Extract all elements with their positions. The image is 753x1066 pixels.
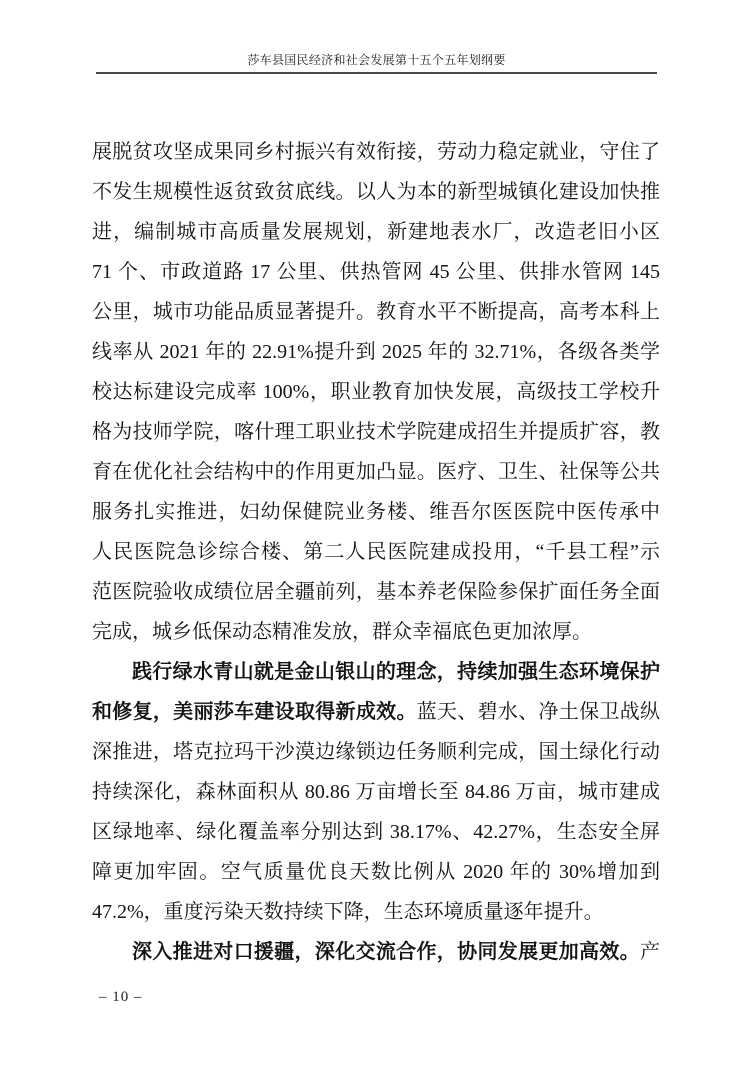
text-segment: 服务扎实推进，妇幼保健院业务楼、维吾尔医医院中医传承中心、 bbox=[92, 501, 660, 532]
text-line: 展脱贫攻坚成果同乡村振兴有效衔接，劳动力稳定就业，守住了 bbox=[92, 132, 660, 172]
text-line: 格为技师学院，喀什理工职业技术学院建成招生并提质扩容，教 bbox=[92, 412, 660, 452]
text-segment: 格为技师学院，喀什理工职业技术学院建成招生并提质扩容，教 bbox=[92, 421, 660, 443]
text-segment: 障更加牢固。空气质量优良天数比例从 2020 年的 30%增加到 bbox=[92, 861, 660, 883]
text-segment: 区绿地率、绿化覆盖率分别达到 38.17%、42.27%，生态安全屏 bbox=[92, 821, 660, 843]
text-segment: 校达标建设完成率 100%，职业教育加快发展，高级技工学校升 bbox=[92, 381, 660, 403]
text-line: 区绿地率、绿化覆盖率分别达到 38.17%、42.27%，生态安全屏 bbox=[92, 812, 660, 852]
text-segment: 深推进，塔克拉玛干沙漠边缘锁边任务顺利完成，国土绿化行动 bbox=[92, 741, 660, 763]
text-segment: 蓝天、碧水、净土保卫战纵 bbox=[417, 701, 660, 723]
text-line: 深推进，塔克拉玛干沙漠边缘锁边任务顺利完成，国土绿化行动 bbox=[92, 732, 660, 772]
text-line: 公里，城市功能品质显著提升。教育水平不断提高，高考本科上 bbox=[92, 292, 660, 332]
text-line: 校达标建设完成率 100%，职业教育加快发展，高级技工学校升 bbox=[92, 372, 660, 412]
text-segment: 范医院验收成绩位居全疆前列，基本养老保险参保扩面任务全面 bbox=[92, 581, 660, 603]
text-line: 持续深化，森林面积从 80.86 万亩增长至 84.86 万亩，城市建成 bbox=[92, 772, 660, 812]
text-line: 不发生规模性返贫致贫底线。以人为本的新型城镇化建设加快推 bbox=[92, 172, 660, 212]
text-segment: 公里，城市功能品质显著提升。教育水平不断提高，高考本科上 bbox=[92, 301, 660, 323]
text-segment: 展脱贫攻坚成果同乡村振兴有效衔接，劳动力稳定就业，守住了 bbox=[92, 141, 660, 163]
page-number: – 10 – bbox=[99, 988, 143, 1006]
text-line: 育在优化社会结构中的作用更加凸显。医疗、卫生、社保等公共 bbox=[92, 452, 660, 492]
text-segment: 47.2%，重度污染天数持续下降，生态环境质量逐年提升。 bbox=[92, 901, 604, 923]
text-segment: 持续深化，森林面积从 80.86 万亩增长至 84.86 万亩，城市建成 bbox=[92, 781, 660, 803]
text-line: 人民医院急诊综合楼、第二人民医院建成投用，“千县工程”示 bbox=[92, 532, 660, 572]
text-line: 47.2%，重度污染天数持续下降，生态环境质量逐年提升。 bbox=[92, 892, 660, 932]
text-line: 71 个、市政道路 17 公里、供热管网 45 公里、供排水管网 145 bbox=[92, 252, 660, 292]
bold-text-segment: 和修复，美丽莎车建设取得新成效。 bbox=[92, 701, 417, 723]
document-page: 莎车县国民经济和社会发展第十五个五年划纲要 展脱贫攻坚成果同乡村振兴有效衔接，劳… bbox=[0, 0, 753, 1066]
text-line: 线率从 2021 年的 22.91%提升到 2025 年的 32.71%，各级各… bbox=[92, 332, 660, 372]
text-line: 服务扎实推进，妇幼保健院业务楼、维吾尔医医院中医传承中心、 bbox=[92, 492, 660, 532]
text-line: 范医院验收成绩位居全疆前列，基本养老保险参保扩面任务全面 bbox=[92, 572, 660, 612]
text-segment: 人民医院急诊综合楼、第二人民医院建成投用，“千县工程”示 bbox=[92, 541, 660, 563]
bold-text-segment: 践行绿水青山就是金山银山的理念，持续加强生态环境保护 bbox=[132, 661, 660, 683]
text-line: 践行绿水青山就是金山银山的理念，持续加强生态环境保护 bbox=[92, 652, 660, 692]
page-header-title: 莎车县国民经济和社会发展第十五个五年划纲要 bbox=[0, 53, 753, 68]
text-segment: 线率从 2021 年的 22.91%提升到 2025 年的 32.71%，各级各… bbox=[92, 341, 660, 363]
text-segment: 不发生规模性返贫致贫底线。以人为本的新型城镇化建设加快推 bbox=[92, 181, 660, 203]
text-segment: 71 个、市政道路 17 公里、供热管网 45 公里、供排水管网 145 bbox=[92, 261, 660, 283]
text-segment: 育在优化社会结构中的作用更加凸显。医疗、卫生、社保等公共 bbox=[92, 461, 660, 483]
text-line: 深入推进对口援疆，深化交流合作，协同发展更加高效。产 bbox=[92, 932, 660, 972]
text-segment: 产 bbox=[640, 941, 660, 963]
text-line: 进，编制城市高质量发展规划，新建地表水厂，改造老旧小区 bbox=[92, 212, 660, 252]
document-body: 展脱贫攻坚成果同乡村振兴有效衔接，劳动力稳定就业，守住了不发生规模性返贫致贫底线… bbox=[92, 132, 660, 972]
text-segment: 进，编制城市高质量发展规划，新建地表水厂，改造老旧小区 bbox=[92, 221, 660, 243]
text-line: 障更加牢固。空气质量优良天数比例从 2020 年的 30%增加到 bbox=[92, 852, 660, 892]
header-rule bbox=[96, 72, 657, 74]
bold-text-segment: 深入推进对口援疆，深化交流合作，协同发展更加高效。 bbox=[132, 941, 640, 963]
text-line: 完成，城乡低保动态精准发放，群众幸福底色更加浓厚。 bbox=[92, 612, 660, 652]
text-line: 和修复，美丽莎车建设取得新成效。蓝天、碧水、净土保卫战纵 bbox=[92, 692, 660, 732]
text-segment: 完成，城乡低保动态精准发放，群众幸福底色更加浓厚。 bbox=[92, 621, 592, 643]
